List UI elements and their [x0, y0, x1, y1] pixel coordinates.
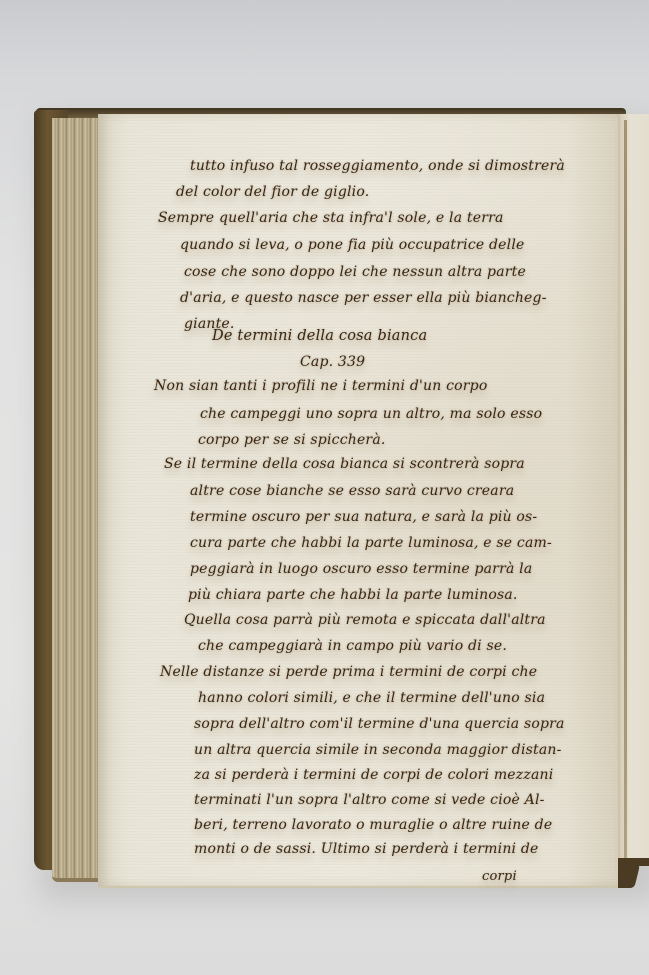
text-line: Se il termine della cosa bianca si scont… — [164, 456, 525, 472]
text-line: che campeggiarà in campo più vario di se… — [198, 638, 507, 654]
photo-scene: tutto infuso tal rosseggiamento, onde si… — [0, 0, 649, 975]
text-line: sopra dell'altro com'il termine d'una qu… — [194, 716, 565, 732]
text-line: Sempre quell'aria che sta infra'l sole, … — [158, 210, 504, 226]
text-line: Quella cosa parrà più remota e spiccata … — [184, 612, 546, 628]
text-line: cura parte che habbi la parte luminosa, … — [190, 535, 552, 551]
chapter-number: Cap. 339 — [300, 354, 365, 370]
cover-corner-edge — [630, 858, 649, 866]
text-line: un altra quercia simile in seconda maggi… — [194, 742, 562, 758]
text-line: monti o de sassi. Ultimo si perderà i te… — [194, 841, 539, 857]
text-line: termine oscuro per sua natura, e sarà la… — [190, 509, 537, 525]
text-line: cose che sono doppo lei che nessun altra… — [184, 264, 526, 280]
binding-gutter — [624, 120, 627, 860]
catchword: corpi — [482, 869, 517, 884]
text-line: hanno colori simili, e che il termine de… — [198, 690, 545, 706]
text-line: peggiarà in luogo oscuro esso termine pa… — [190, 561, 532, 577]
page-stack-edges — [52, 118, 100, 882]
text-line: terminati l'un sopra l'altro come si ved… — [194, 792, 545, 808]
text-line: Non sian tanti i profili ne i termini d'… — [154, 378, 487, 394]
text-line: d'aria, e questo nasce per esser ella pi… — [180, 290, 547, 306]
text-line: che campeggi uno sopra un altro, ma solo… — [200, 406, 542, 422]
text-line: beri, terreno lavorato o muraglie o altr… — [194, 817, 552, 833]
text-line: tutto infuso tal rosseggiamento, onde si… — [190, 158, 565, 174]
text-line: altre cose bianche se esso sarà curvo cr… — [190, 483, 514, 499]
text-line: più chiara parte che habbi la parte lumi… — [188, 587, 518, 603]
text-line: corpo per se si spiccherà. — [198, 432, 386, 448]
text-line: del color del fior de giglio. — [176, 184, 369, 200]
chapter-heading: De termini della cosa bianca — [212, 328, 427, 344]
text-line: Nelle distanze si perde prima i termini … — [160, 664, 537, 680]
text-line: za si perderà i termini de corpi de colo… — [194, 767, 553, 783]
text-line: quando si leva, o pone fia più occupatri… — [180, 237, 525, 253]
